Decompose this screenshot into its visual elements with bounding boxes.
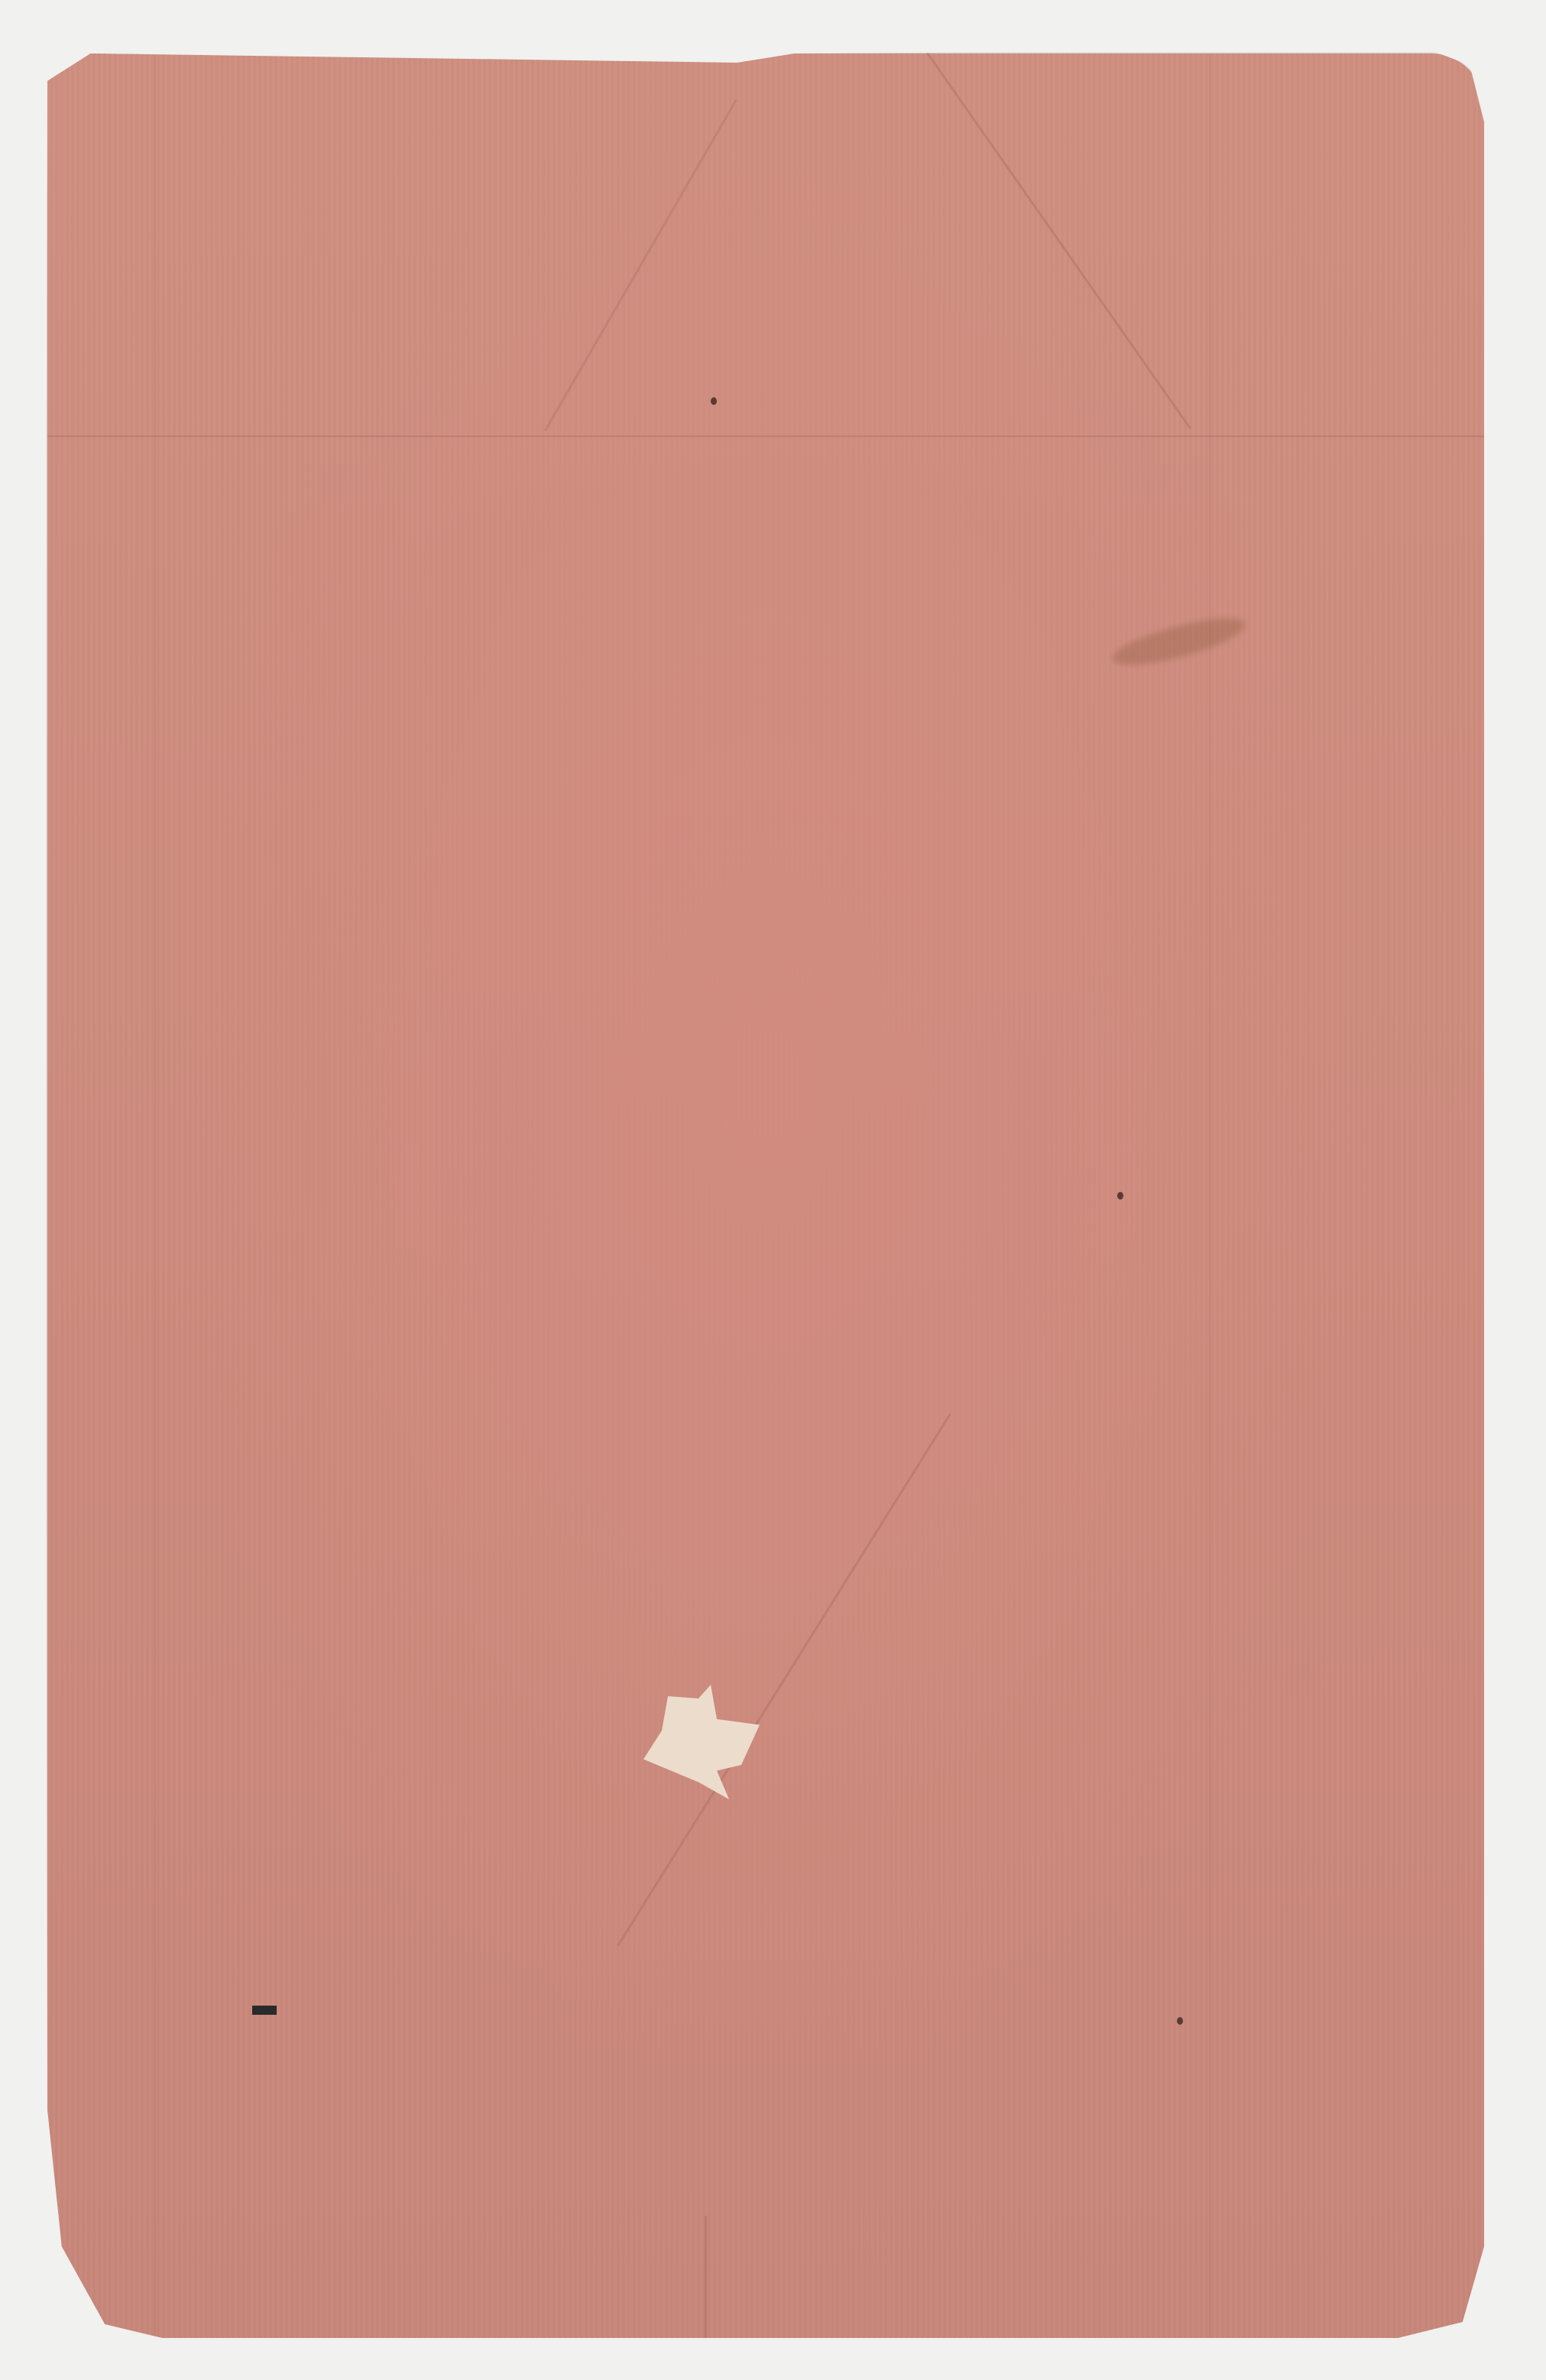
crease xyxy=(1209,53,1211,2338)
crease xyxy=(154,53,156,2338)
ink-dot xyxy=(1117,1192,1123,1200)
paper-card xyxy=(47,53,1484,2338)
small-hole xyxy=(252,2006,277,2015)
crease xyxy=(47,436,1484,437)
stain xyxy=(1108,609,1249,674)
crease xyxy=(705,2216,707,2338)
ink-dot xyxy=(1177,2017,1183,2025)
ink-dot xyxy=(711,397,717,405)
crease xyxy=(544,99,737,432)
torn-patch xyxy=(643,1685,766,1799)
crease xyxy=(926,52,1191,429)
crease xyxy=(617,1413,951,1946)
